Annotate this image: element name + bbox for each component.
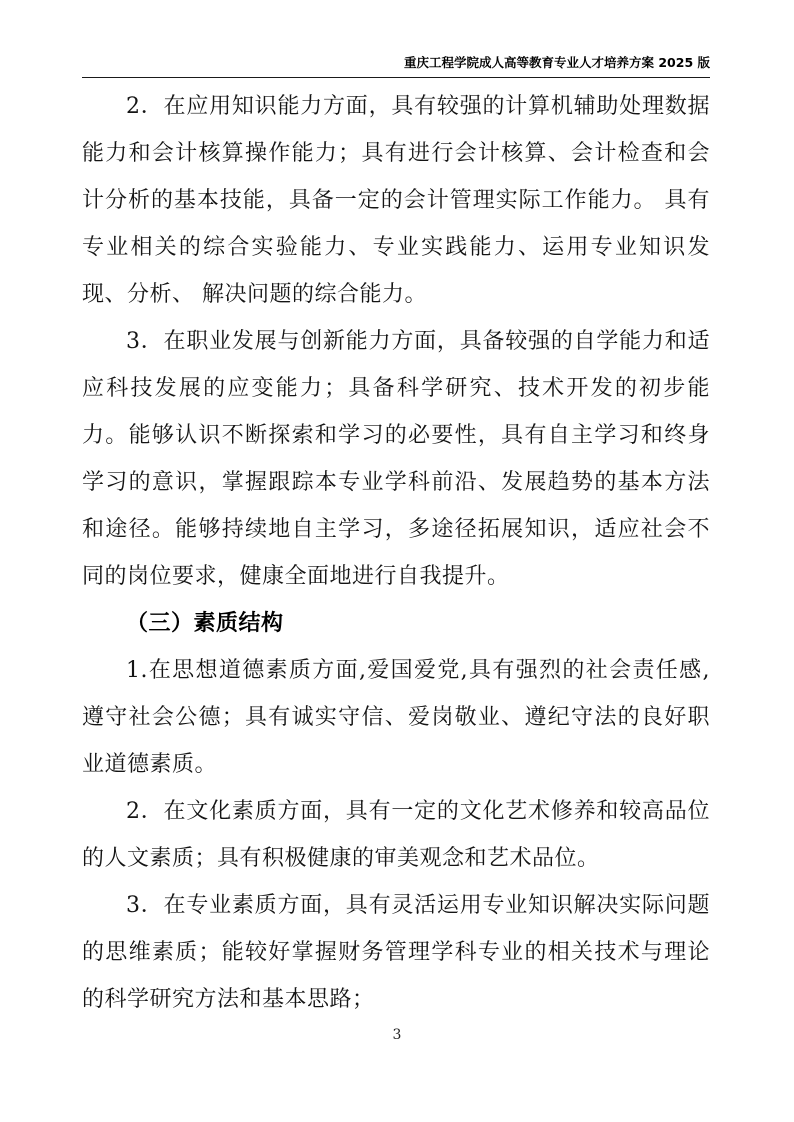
section-heading: （三）素质结构 [82,600,710,647]
header-title: 重庆工程学院成人高等教育专业人才培养方案 2025 版 [404,55,710,70]
document-page: 重庆工程学院成人高等教育专业人才培养方案 2025 版 2．在应用知识能力方面，… [0,0,794,1122]
paragraph: 3．在职业发展与创新能力方面，具备较强的自学能力和适应科技发展的应变能力；具备科… [82,318,710,600]
paragraph: 3．在专业素质方面，具有灵活运用专业知识解决实际问题的思维素质；能较好掌握财务管… [82,882,710,1023]
page-header: 重庆工程学院成人高等教育专业人才培养方案 2025 版 [82,54,710,78]
paragraph: 1.在思想道德素质方面,爱国爱党,具有强烈的社会责任感,遵守社会公德；具有诚实守… [82,647,710,788]
page-number: 3 [393,1027,402,1043]
paragraph: 2．在应用知识能力方面，具有较强的计算机辅助处理数据能力和会计核算操作能力；具有… [82,83,710,318]
document-body: 2．在应用知识能力方面，具有较强的计算机辅助处理数据能力和会计核算操作能力；具有… [82,83,710,1023]
paragraph: 2．在文化素质方面，具有一定的文化艺术修养和较高品位的人文素质；具有积极健康的审… [82,788,710,882]
page-footer: 3 [0,1026,794,1044]
